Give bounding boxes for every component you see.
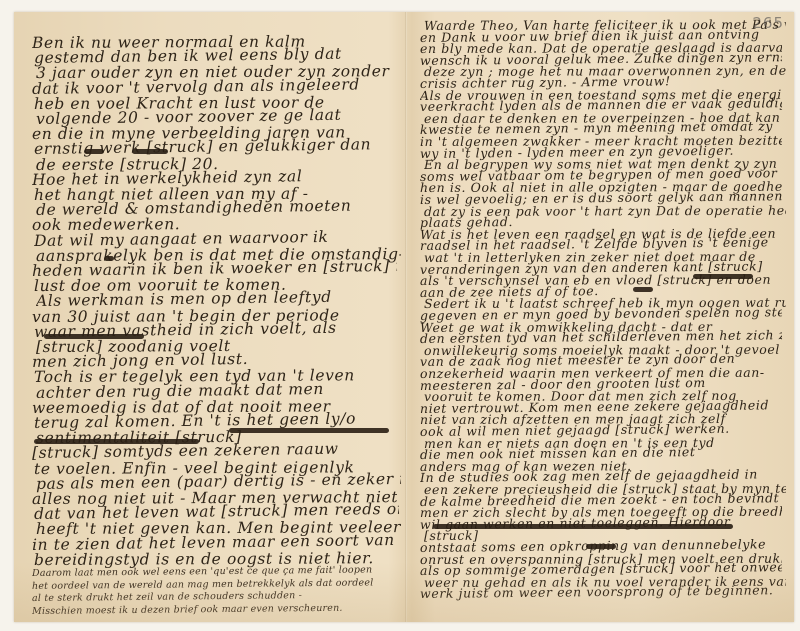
crossed-out-text — [693, 274, 753, 279]
right-page: 265 Waarde Theo, Van harte feliciteer ik… — [408, 12, 794, 622]
crossed-out-text — [132, 149, 168, 154]
left-page: Ben ik nu weer normaal en kalmgestemd da… — [14, 12, 404, 622]
crossed-out-text — [633, 287, 653, 292]
crossed-out-text — [84, 149, 104, 154]
crossed-out-text — [44, 334, 144, 339]
handwritten-line: werk juist om weer een voorsprong of te … — [420, 583, 782, 602]
crossed-out-text — [104, 256, 114, 261]
crossed-out-text — [34, 439, 199, 444]
letter-sheet: Ben ik nu weer normaal en kalmgestemd da… — [14, 12, 794, 622]
handwritten-line: Misschien moest ik u dezen brief ook maa… — [32, 602, 402, 617]
crossed-out-text — [586, 544, 616, 549]
crossed-out-text — [229, 428, 389, 433]
crossed-out-text — [433, 524, 733, 529]
page-fold — [405, 12, 407, 622]
